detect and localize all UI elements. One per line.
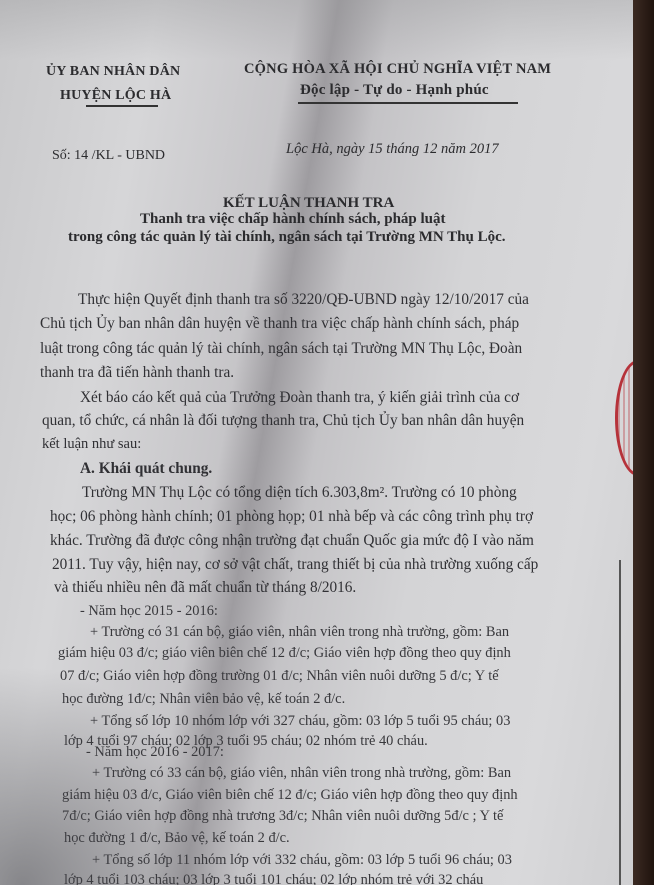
year-2015-heading: - Năm học 2015 - 2016: xyxy=(80,603,218,620)
nation-motto: Độc lập - Tự do - Hạnh phúc xyxy=(300,82,489,99)
year-2016-staff-line: học đường 1 đ/c, Bảo vệ, kế toán 2 đ/c. xyxy=(64,830,290,847)
paragraph-2-line: quan, tổ chức, cá nhân là đối tượng than… xyxy=(42,412,524,430)
year-2016-staff-line: giám hiệu 03 đ/c, Giáo viên biên chế 12 … xyxy=(62,787,518,804)
document-title: KẾT LUẬN THANH TRA xyxy=(223,195,394,212)
year-2016-classes-line: + Tổng số lớp 11 nhóm lớp với 332 cháu, … xyxy=(92,852,512,869)
paragraph-1-line: thanh tra đã tiến hành thanh tra. xyxy=(40,364,234,382)
paragraph-1-line: Chủ tịch Ủy ban nhân dân huyện về thanh … xyxy=(40,315,519,333)
page-shadow xyxy=(0,0,633,60)
paragraph-3-line: Trường MN Thụ Lộc có tổng diện tích 6.30… xyxy=(82,484,517,502)
year-2015-staff-line: học đường 1đ/c; Nhân viên bảo vệ, kế toá… xyxy=(62,691,345,708)
paragraph-1-line: luật trong công tác quản lý tài chính, n… xyxy=(40,340,522,358)
paragraph-3-line: khác. Trường đã được công nhận trường đạ… xyxy=(50,532,534,550)
paragraph-2-line: kết luận như sau: xyxy=(42,436,141,453)
year-2015-staff-line: giám hiệu 03 đ/c; giáo viên biên chế 12 … xyxy=(58,645,511,662)
year-2016-heading: - Năm học 2016 - 2017: xyxy=(86,744,224,761)
year-2016-staff-line: + Trường có 33 cán bộ, giáo viên, nhân v… xyxy=(92,765,511,782)
table-background xyxy=(633,0,654,885)
year-2016-staff-line: 7đ/c; Giáo viên hợp đồng nhà trương 3đ/c… xyxy=(62,808,503,825)
year-2016-classes-line: lớp 4 tuổi 103 cháu; 03 lớp 3 tuổi 101 c… xyxy=(64,872,483,885)
section-a-heading: A. Khái quát chung. xyxy=(80,460,212,478)
nation-name: CỘNG HÒA XÃ HỘI CHỦ NGHĨA VIỆT NAM xyxy=(244,61,551,78)
paragraph-3-line: 2011. Tuy vậy, hiện nay, cơ sở vật chất,… xyxy=(52,556,538,574)
red-seal-stamp xyxy=(615,360,633,476)
place-date: Lộc Hà, ngày 15 tháng 12 năm 2017 xyxy=(286,141,499,158)
year-2015-staff-line: 07 đ/c; Giáo viên hợp đồng trường 01 đ/c… xyxy=(60,668,499,685)
paragraph-2-line: Xét báo cáo kết quả của Trưởng Đoàn than… xyxy=(80,389,519,407)
paragraph-3-line: và thiếu nhiều nên đã mất chuẩn từ tháng… xyxy=(54,579,356,597)
paragraph-3-line: học; 06 phòng hành chính; 01 phòng họp; … xyxy=(50,508,533,526)
document-number: Số: 14 /KL - UBND xyxy=(52,148,165,164)
year-2015-classes-line: + Tổng số lớp 10 nhóm lớp với 327 cháu, … xyxy=(90,713,510,730)
document-subtitle-1: Thanh tra việc chấp hành chính sách, phá… xyxy=(140,211,446,228)
year-2015-staff-line: + Trường có 31 cán bộ, giáo viên, nhân v… xyxy=(90,624,509,641)
document-page: ỦY BAN NHÂN DÂN HUYỆN LỘC HÀ CỘNG HÒA XÃ… xyxy=(0,0,633,885)
issuer-district: HUYỆN LỘC HÀ xyxy=(60,88,171,104)
document-subtitle-2: trong công tác quản lý tài chính, ngân s… xyxy=(68,229,506,246)
page-edge-line xyxy=(619,560,621,885)
paragraph-1-line: Thực hiện Quyết định thanh tra số 3220/Q… xyxy=(78,291,529,309)
issuer-underline xyxy=(86,105,158,107)
issuer-name: ỦY BAN NHÂN DÂN xyxy=(46,64,180,80)
motto-underline xyxy=(298,102,518,104)
